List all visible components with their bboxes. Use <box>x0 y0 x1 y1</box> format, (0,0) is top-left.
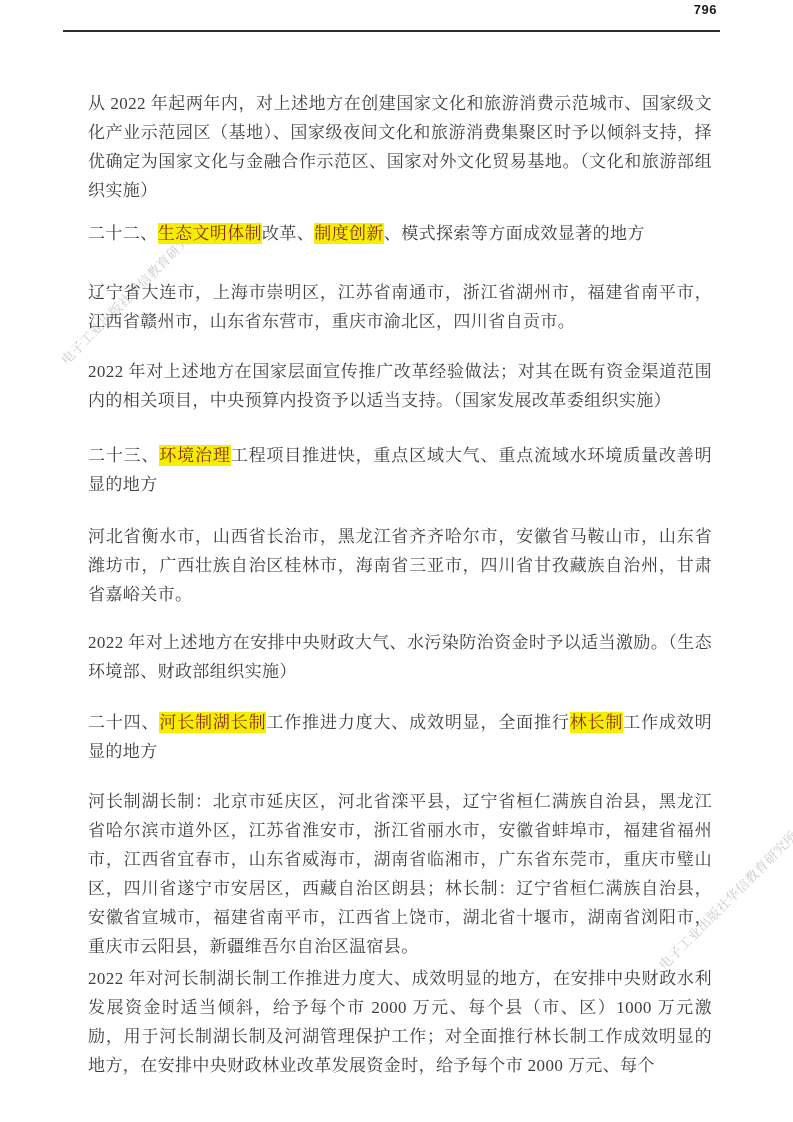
page-number: 796 <box>694 2 717 17</box>
heading-22-suffix: 、模式探索等方面成效显著的地方 <box>384 224 645 243</box>
page-body: 从 2022 年起两年内，对上述地方在创建国家文化和旅游消费示范城市、国家级文化… <box>88 33 712 1080</box>
highlight-institutional-innovation: 制度创新 <box>314 223 384 244</box>
document-page: 796 电子工业出版社华信教育研究所 电子工业出版社华信教育研究所 从 2022… <box>0 0 793 1122</box>
highlight-forest-chief-system: 林长制 <box>570 712 624 733</box>
paragraph-eco-reform-city-list: 辽宁省大连市，上海市崇明区，江苏省南通市，浙江省湖州市，福建省南平市，江西省赣州… <box>88 278 712 336</box>
paragraph-culture-tourism-support: 从 2022 年起两年内，对上述地方在创建国家文化和旅游消费示范城市、国家级文化… <box>88 89 712 205</box>
section-heading-22: 二十二、生态文明体制改革、制度创新、模式探索等方面成效显著的地方 <box>88 219 712 248</box>
heading-22-number: 二十二、 <box>88 224 158 243</box>
highlight-ecological-civilization-system: 生态文明体制 <box>158 223 262 244</box>
paragraph-environment-city-list: 河北省衡水市，山西省长治市，黑龙江省齐齐哈尔市，安徽省马鞍山市，山东省潍坊市，广… <box>88 522 712 609</box>
highlight-environmental-governance: 环境治理 <box>159 445 230 466</box>
paragraph-river-forest-chief-incentive: 2022 年对河长制湖长制工作推进力度大、成效明显的地方，在安排中央财政水利发展… <box>88 964 712 1080</box>
paragraph-river-forest-chief-list: 河长制湖长制：北京市延庆区，河北省滦平县，辽宁省桓仁满族自治县，黑龙江省哈尔滨市… <box>88 787 712 961</box>
heading-24-number: 二十四、 <box>88 713 159 732</box>
heading-23-number: 二十三、 <box>88 446 159 465</box>
paragraph-eco-reform-incentive: 2022 年对上述地方在国家层面宣传推广改革经验做法；对其在既有资金渠道范围内的… <box>88 357 712 415</box>
paragraph-environment-incentive: 2022 年对上述地方在安排中央财政大气、水污染防治资金时予以适当激励。（生态环… <box>88 628 712 686</box>
header-rule <box>63 30 720 32</box>
section-heading-23: 二十三、环境治理工程项目推进快，重点区域大气、重点流域水环境质量改善明显的地方 <box>88 441 712 499</box>
heading-22-mid: 改革、 <box>262 224 314 243</box>
section-heading-24: 二十四、河长制湖长制工作推进力度大、成效明显，全面推行林长制工作成效明显的地方 <box>88 708 712 766</box>
highlight-river-lake-chief-system: 河长制湖长制 <box>159 712 266 733</box>
heading-24-mid: 工作推进力度大、成效明显，全面推行 <box>266 713 569 732</box>
